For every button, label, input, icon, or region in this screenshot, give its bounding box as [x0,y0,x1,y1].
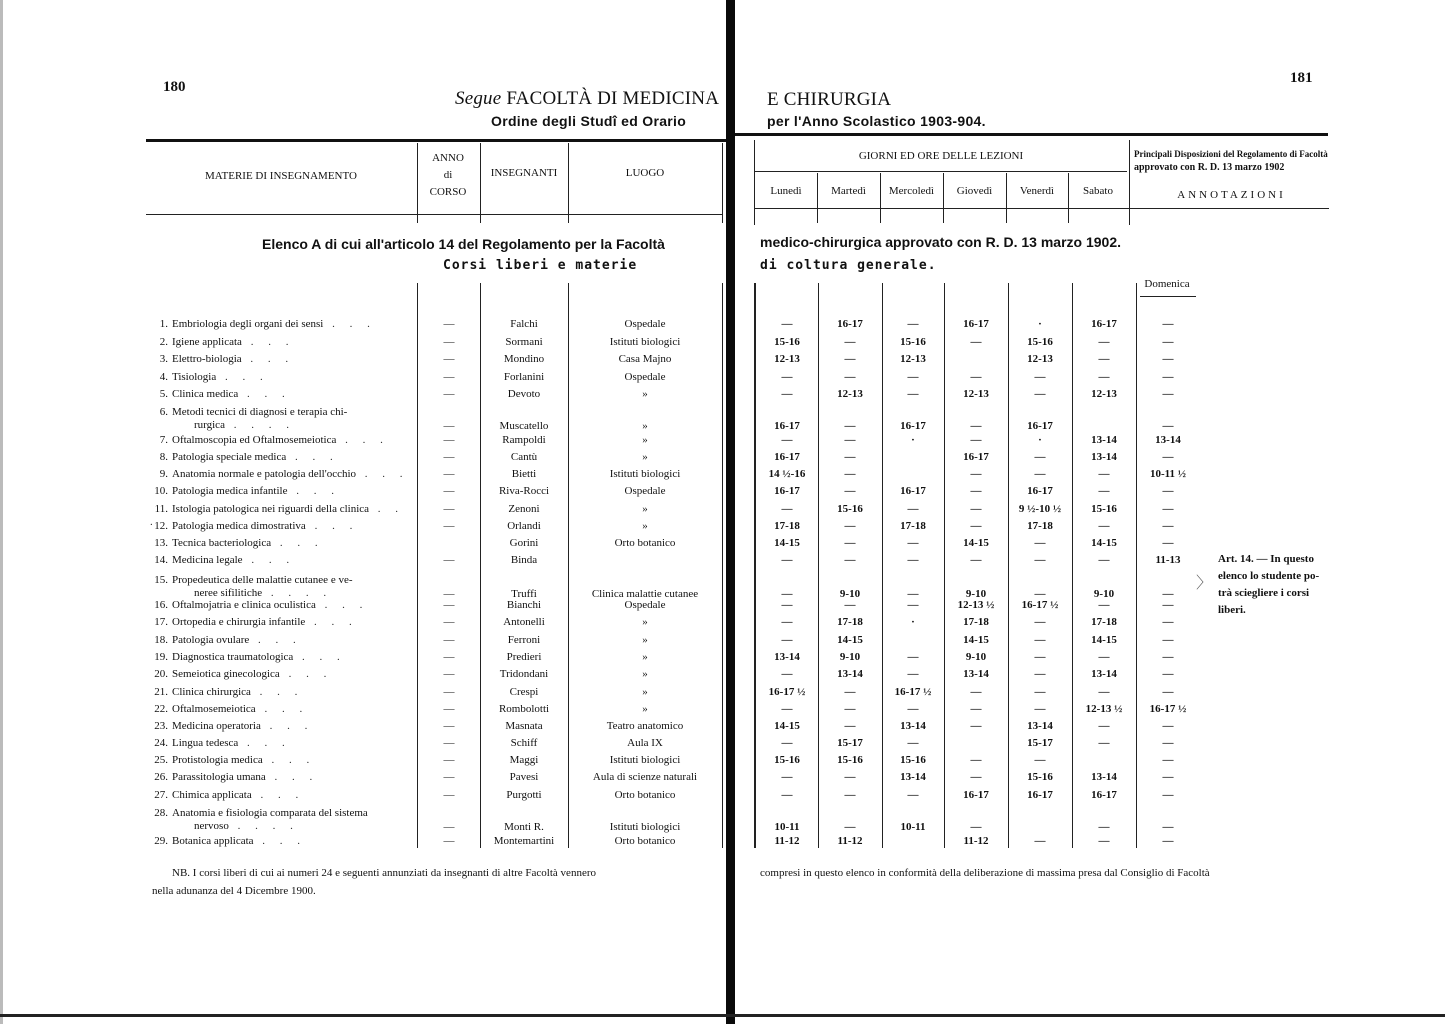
insegnante-cell: Predieri [480,651,568,663]
subject-cell: 12.Patologia medica dimostrativa . . . [150,520,415,533]
sab-cell: 12-13 [1072,388,1136,400]
insegnante-cell: Antonelli [480,616,568,628]
anno-cell: — [418,651,480,663]
anno-line1: ANNO [418,150,478,167]
ven-cell: — [1008,371,1072,383]
mar-cell: — [818,468,882,480]
anno-cell: — [418,616,480,628]
lun-cell: 11-12 [756,835,818,847]
course-number: 4. [150,371,168,384]
mer-cell: — [882,737,944,749]
leader-dots: . . . [336,434,389,446]
sab-cell: 16-17 [1072,318,1136,330]
gio-cell: — [944,703,1008,715]
dom-cell: — [1136,451,1200,463]
course-number: 18. [150,634,168,647]
header-insegnanti: INSEGNANTI [480,165,568,182]
course-number: 1. [150,318,168,331]
lun-cell: 15-16 [756,336,818,348]
footnote-line1: NB. I corsi liberi di cui ai numeri 24 e… [152,864,732,882]
col-divider [754,140,755,225]
gio-cell: 9-10 [944,651,1008,663]
gio-cell: — [944,336,1008,348]
insegnante-cell: Zenoni [480,503,568,515]
course-subject: Embriologia degli organi dei sensi [172,318,323,330]
lun-cell: — [756,388,818,400]
lun-cell: — [756,503,818,515]
header-luogo: LUOGO [568,165,722,182]
mer-cell: — [882,318,944,330]
course-subject: Metodi tecnici di diagnosi e terapia chi… [172,406,347,418]
mar-cell: — [818,771,882,783]
dom-cell: — [1136,388,1200,400]
annotation-line: liberi. [1218,602,1338,619]
sab-cell: 16-17 [1072,789,1136,801]
course-number: 17. [150,616,168,629]
subject-cell: 6.Metodi tecnici di diagnosi e terapia c… [150,406,415,432]
mer-cell: 15-16 [882,336,944,348]
leader-dots: . . . [323,318,376,330]
dom-cell: 10-11 ½ [1136,468,1200,480]
dom-cell: — [1136,485,1200,497]
insegnante-cell: Cantù [480,451,568,463]
course-subject: Patologia medica infantile [172,485,287,497]
dom-cell: — [1136,668,1200,680]
luogo-cell: » [568,451,722,463]
anno-cell: — [418,371,480,383]
annotation-line: Art. 14. — In questo [1218,551,1338,568]
anno-line2: di [418,167,478,184]
sab-cell: — [1072,353,1136,365]
dom-cell: — [1136,737,1200,749]
subject-cell: 20.Semeiotica ginecologica . . . [150,668,415,681]
mar-cell: — [818,599,882,611]
anno-cell: — [418,686,480,698]
subject-cell: 26.Parassitologia umana . . . [150,771,415,784]
course-number: 5. [150,388,168,401]
dom-cell: — [1136,686,1200,698]
gio-cell: 14-15 [944,634,1008,646]
dom-cell: — [1136,634,1200,646]
anno-cell: — [418,485,480,497]
mer-cell: — [882,703,944,715]
mar-cell: 11-12 [818,835,882,847]
course-subject: Patologia medica dimostrativa [172,520,306,532]
anno-cell: — [418,789,480,801]
course-number: 25. [150,754,168,767]
subject-cell: 5.Clinica medica . . . [150,388,415,401]
luogo-cell: » [568,651,722,663]
anno-cell: — [418,520,480,532]
insegnante-cell: Bietti [480,468,568,480]
ven-cell: — [1008,388,1072,400]
anno-cell: — [418,451,480,463]
anno-cell: — [418,835,480,847]
sab-cell: — [1072,485,1136,497]
leader-dots: . . . [242,353,295,365]
subject-cell: 10.Patologia medica infantile . . . [150,485,415,498]
gio-cell: — [944,371,1008,383]
mer-cell: — [882,789,944,801]
insegnante-cell: Binda [480,554,568,566]
luogo-cell: Orto botanico [568,789,722,801]
insegnante-cell: Sormani [480,336,568,348]
gio-cell: — [944,420,1008,432]
gio-cell: — [944,821,1008,833]
header-mercoledi: Mercoledì [880,183,943,200]
luogo-cell: Orto botanico [568,835,722,847]
col-divider [1129,140,1130,225]
lun-cell: 14 ½-16 [756,468,818,480]
course-subject: Chimica applicata [172,789,252,801]
subject-cell: 18.Patologia ovulare . . . [150,634,415,647]
anno-line3: CORSO [418,184,478,201]
leader-dots: . . . [238,737,291,749]
insegnante-cell: Rombolotti [480,703,568,715]
lun-cell: 14-15 [756,720,818,732]
luogo-cell: Casa Majno [568,353,722,365]
course-subject: Clinica chirurgica [172,686,251,698]
header-annotazioni: ANNOTAZIONI [1134,187,1329,204]
mer-cell: 10-11 [882,821,944,833]
sab-cell: — [1072,520,1136,532]
subject-cell: 7.Oftalmoscopia ed Oftalmosemeiotica . .… [150,434,415,447]
ven-cell: — [1008,554,1072,566]
subject-cell: 9.Anatomia normale e patologia dell'occh… [150,468,415,481]
mer-cell: — [882,599,944,611]
ven-cell: — [1008,468,1072,480]
insegnante-cell: Crespi [480,686,568,698]
course-number: 2. [150,336,168,349]
course-number: 29. [150,835,168,848]
elenco-title-left: Elenco A di cui all'articolo 14 del Rego… [262,236,665,252]
leader-dots: . . . [216,371,269,383]
header-anno: ANNO di CORSO [418,150,478,201]
mer-cell: · [882,616,944,628]
course-subject: Medicina legale [172,554,243,566]
gio-cell: — [944,520,1008,532]
insegnante-cell: Montemartini [480,835,568,847]
luogo-cell: » [568,634,722,646]
header-martedi: Martedì [817,183,880,200]
leader-dots: . . . [286,451,339,463]
leader-dots: . . . [254,835,307,847]
ven-cell: · [1008,434,1072,446]
subject-cell: 1.Embriologia degli organi dei sensi . .… [150,318,415,331]
ven-cell: 12-13 [1008,353,1072,365]
gio-cell: — [944,720,1008,732]
dom-cell: — [1136,371,1200,383]
anno-cell: — [418,420,480,432]
mar-cell: — [818,520,882,532]
subject-cell: 19.Diagnostica traumatologica . . . [150,651,415,664]
mar-cell: — [818,686,882,698]
col-divider [1068,173,1069,223]
anno-cell: — [418,771,480,783]
subject-cell: 4.Tisiologia . . . [150,371,415,384]
course-number: 24. [150,737,168,750]
mar-cell: — [818,789,882,801]
leader-dots: . . . [261,720,314,732]
luogo-cell: Ospedale [568,371,722,383]
lun-cell: 10-11 [756,821,818,833]
lun-cell: 16-17 [756,420,818,432]
course-subject: Semeiotica ginecologica [172,668,280,680]
lun-cell: — [756,634,818,646]
subject-cell: 15.Propedeutica delle malattie cutanee e… [150,574,415,600]
lun-cell: 13-14 [756,651,818,663]
sab-cell: — [1072,468,1136,480]
leader-dots: . . . [238,388,291,400]
subject-cell: 17.Ortopedia e chirurgia infantile . . . [150,616,415,629]
lun-cell: — [756,616,818,628]
anno-cell: — [418,754,480,766]
header-bottom-rule-right [755,208,1329,209]
lun-cell: — [756,599,818,611]
dom-cell: — [1136,771,1200,783]
header-giorni: GIORNI ED ORE DELLE LEZIONI [755,148,1127,165]
anno-cell: — [418,821,480,833]
dom-cell: — [1136,520,1200,532]
ven-cell: · [1008,318,1072,330]
lun-cell: 16-17 ½ [756,686,818,698]
annotation-line: elenco lo studente po- [1218,568,1338,585]
course-number: 19. [150,651,168,664]
header-lunedi: Lunedì [755,183,817,200]
gio-cell: 11-12 [944,835,1008,847]
leader-dots: . . . [271,537,324,549]
mar-cell: — [818,336,882,348]
ven-cell: — [1008,616,1072,628]
subject-cell: 24.Lingua tedesca . . . [150,737,415,750]
subject-cell: 16.Oftalmojatria e clinica oculistica . … [150,599,415,612]
sab-cell: — [1072,737,1136,749]
dom-cell: — [1136,353,1200,365]
mar-cell: 9-10 [818,651,882,663]
luogo-cell: » [568,520,722,532]
mer-cell: 13-14 [882,771,944,783]
subject-cell: 21.Clinica chirurgica . . . [150,686,415,699]
lun-cell: — [756,737,818,749]
course-subject-cont: nervoso [194,820,229,832]
anno-cell: — [418,388,480,400]
course-subject: Botanica applicata [172,835,254,847]
leader-dots: . . . [266,771,319,783]
course-subject: Istologia patologica nei riguardi della … [172,503,369,515]
right-subtitle: per l'Anno Scolastico 1903-904. [767,113,986,129]
insegnante-cell: Rampoldi [480,434,568,446]
mar-cell: — [818,451,882,463]
mar-cell: 13-14 [818,668,882,680]
gio-cell: 12-13 ½ [944,599,1008,611]
mer-cell: — [882,503,944,515]
dom-cell: — [1136,537,1200,549]
course-subject: Anatomia normale e patologia dell'occhio [172,468,356,480]
gio-cell: — [944,754,1008,766]
gio-cell: — [944,771,1008,783]
annotation-art14: Art. 14. — In questo elenco lo studente … [1218,551,1338,619]
luogo-cell: Teatro anatomico [568,720,722,732]
leader-dots: . . . [356,468,409,480]
sab-cell: 14-15 [1072,634,1136,646]
lun-cell: 16-17 [756,451,818,463]
ven-cell: — [1008,668,1072,680]
dom-cell: — [1136,754,1200,766]
col-divider [817,173,818,223]
lun-cell: 16-17 [756,485,818,497]
mar-cell: — [818,554,882,566]
course-subject: Clinica medica [172,388,238,400]
sab-cell: — [1072,651,1136,663]
sab-cell: — [1072,554,1136,566]
insegnante-cell: Gorini [480,537,568,549]
dom-cell: — [1136,318,1200,330]
insegnante-cell: Devoto [480,388,568,400]
sab-cell: — [1072,720,1136,732]
luogo-cell: » [568,703,722,715]
course-number: 6. [150,406,168,419]
mer-cell: — [882,371,944,383]
subject-cell: 28.Anatomia e fisiologia comparata del s… [150,807,415,833]
mar-cell: — [818,821,882,833]
insegnante-cell: Schiff [480,737,568,749]
leader-dots: . . . . [225,419,295,431]
mer-cell: 12-13 [882,353,944,365]
anno-cell: — [418,703,480,715]
mar-cell: — [818,434,882,446]
ven-cell: 15-17 [1008,737,1072,749]
col-divider [568,143,569,223]
luogo-cell: Istituti biologici [568,468,722,480]
header-bottom-rule-left [146,214,722,215]
course-number: 3. [150,353,168,366]
mar-cell: 15-16 [818,503,882,515]
mer-cell: — [882,388,944,400]
footnote-right: compresi in questo elenco in conformità … [760,864,1350,882]
col-divider [880,173,881,223]
dom-cell: — [1136,616,1200,628]
leader-dots: . . . [251,686,304,698]
course-subject-cont: rurgica [194,419,225,431]
course-subject: Protistologia medica [172,754,263,766]
course-subject: Patologia speciale medica [172,451,286,463]
leader-dots: . . . [305,616,358,628]
subject-cell: 29.Botanica applicata . . . [150,835,415,848]
lun-cell: 12-13 [756,353,818,365]
col-divider [417,143,418,223]
ven-cell: — [1008,703,1072,715]
course-number: 8. [150,451,168,464]
subject-cell: 14.Medicina legale . . . [150,554,415,567]
course-subject: Oftalmosemeiotica [172,703,256,715]
mer-cell: — [882,554,944,566]
dom-cell: — [1136,720,1200,732]
ven-cell: — [1008,451,1072,463]
anno-cell: — [418,503,480,515]
lun-cell: — [756,554,818,566]
mer-cell: — [882,651,944,663]
mer-cell: 15-16 [882,754,944,766]
header-venerdi: Venerdì [1006,183,1068,200]
ven-cell: 17-18 [1008,520,1072,532]
sab-cell: 17-18 [1072,616,1136,628]
sab-cell: — [1072,371,1136,383]
subject-cell: 23.Medicina operatoria . . . [150,720,415,733]
lun-cell: — [756,789,818,801]
insegnante-cell: Monti R. [480,821,568,833]
subject-cell: 3.Elettro-biologia . . . [150,353,415,366]
sab-cell: — [1072,686,1136,698]
course-number: 7. [150,434,168,447]
ven-cell: 16-17 [1008,789,1072,801]
course-number: 20. [150,668,168,681]
dom-cell: — [1136,651,1200,663]
sab-cell: 13-14 [1072,668,1136,680]
gio-cell: — [944,434,1008,446]
leader-dots: . . . [306,520,359,532]
gio-cell: — [944,485,1008,497]
insegnante-cell: Muscatello [480,420,568,432]
col-divider [722,143,723,223]
lun-cell: — [756,703,818,715]
course-subject: Ortopedia e chirurgia infantile [172,616,305,628]
domenica-rule [1140,296,1196,297]
course-subject: Anatomia e fisiologia comparata del sist… [172,807,368,819]
gio-cell: 16-17 [944,451,1008,463]
mar-cell: — [818,720,882,732]
course-subject: Elettro-biologia [172,353,242,365]
luogo-cell: Orto botanico [568,537,722,549]
course-number: 15. [150,574,168,587]
title-italic: Segue [455,88,501,109]
course-subject: Oftalmojatria e clinica oculistica [172,599,316,611]
footnote-line2: nella adunanza del 4 Dicembre 1900. [152,882,732,900]
header-rule-left [146,139,726,142]
sab-cell: — [1072,835,1136,847]
mar-cell: — [818,371,882,383]
course-number: 12. [150,520,168,533]
leader-dots: . . . [256,703,309,715]
course-number: 11. [150,503,168,516]
dom-cell: — [1136,599,1200,611]
course-subject: Tisiologia [172,371,216,383]
anno-cell: — [418,720,480,732]
anno-cell: — [418,434,480,446]
subject-cell: 8.Patologia speciale medica . . . [150,451,415,464]
course-number: 13. [150,537,168,550]
luogo-cell: » [568,503,722,515]
leader-dots: . . . [287,485,340,497]
leader-dots: . . . [263,754,316,766]
luogo-cell: Ospedale [568,318,722,330]
sab-cell: 15-16 [1072,503,1136,515]
leader-dots: . . . . [262,587,332,599]
gio-cell: 13-14 [944,668,1008,680]
luogo-cell: Istituti biologici [568,336,722,348]
course-subject-cont: neree sifilitiche [194,587,262,599]
mer-cell: 16-17 [882,420,944,432]
mer-cell: 17-18 [882,520,944,532]
course-subject: Igiene applicata [172,336,242,348]
gio-cell: — [944,554,1008,566]
dom-cell: 13-14 [1136,434,1200,446]
title-text: FACOLTÀ DI MEDICINA [506,88,719,109]
mar-cell: — [818,420,882,432]
sab-cell: — [1072,336,1136,348]
course-subject: Propedeutica delle malattie cutanee e ve… [172,574,353,586]
coltura-generale-title: di coltura generale. [760,258,937,273]
insegnante-cell: Orlandi [480,520,568,532]
